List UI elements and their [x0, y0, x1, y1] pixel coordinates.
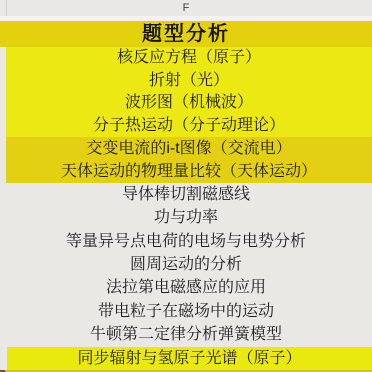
column-f-header[interactable]: F — [183, 3, 190, 14]
topic-section-bright: 核反应方程（原子） 折射（光） 波形图（机械波） 分子热运动（分子动理论） — [6, 47, 372, 137]
topic-cell[interactable]: 同步辐射与氢原子光谱（原子） — [7, 347, 372, 370]
topic-cell[interactable]: 折射（光） — [6, 70, 372, 93]
topic-section-gray: 导体棒切割磁感线 功与功率 等量异号点电荷的电场与电势分析 圆周运动的分析 法拉… — [0, 183, 372, 347]
title-cell[interactable]: 题型分析 — [0, 21, 372, 47]
page-title: 题型分析 — [142, 24, 230, 44]
topic-cell[interactable]: 法拉第电磁感应的应用 — [0, 277, 372, 300]
topic-cell[interactable]: 导体棒切割磁感线 — [0, 183, 372, 206]
spreadsheet-view: F 题型分析 核反应方程（原子） 折射（光） 波形图（机械波） 分子热运动（分子… — [0, 0, 372, 372]
topic-cell[interactable]: 带电粒子在磁场中的运动 — [0, 300, 372, 323]
topic-cell[interactable]: 牛顿第二定律分析弹簧模型 — [0, 324, 372, 347]
topic-cell[interactable]: 功与功率 — [0, 206, 372, 229]
topic-section-highlight: 同步辐射与氢原子光谱（原子） — [7, 347, 372, 370]
topic-cell[interactable]: 天体运动的物理量比较（天体运动） — [6, 160, 372, 183]
topic-cell[interactable]: 等量异号点电荷的电场与电势分析 — [0, 230, 372, 253]
topic-cell[interactable]: 波形图（机械波） — [6, 92, 372, 115]
topic-cell[interactable]: 核反应方程（原子） — [6, 47, 372, 70]
column-divider-line — [6, 0, 7, 16]
topic-cell[interactable]: 交变电流的i-t图像（交流电） — [6, 137, 372, 160]
column-header-row: F — [0, 0, 372, 16]
topic-cell[interactable]: 分子热运动（分子动理论） — [6, 115, 372, 138]
topic-section-dark: 交变电流的i-t图像（交流电） 天体运动的物理量比较（天体运动） — [6, 137, 372, 183]
topic-cell[interactable]: 圆周运动的分析 — [0, 253, 372, 276]
